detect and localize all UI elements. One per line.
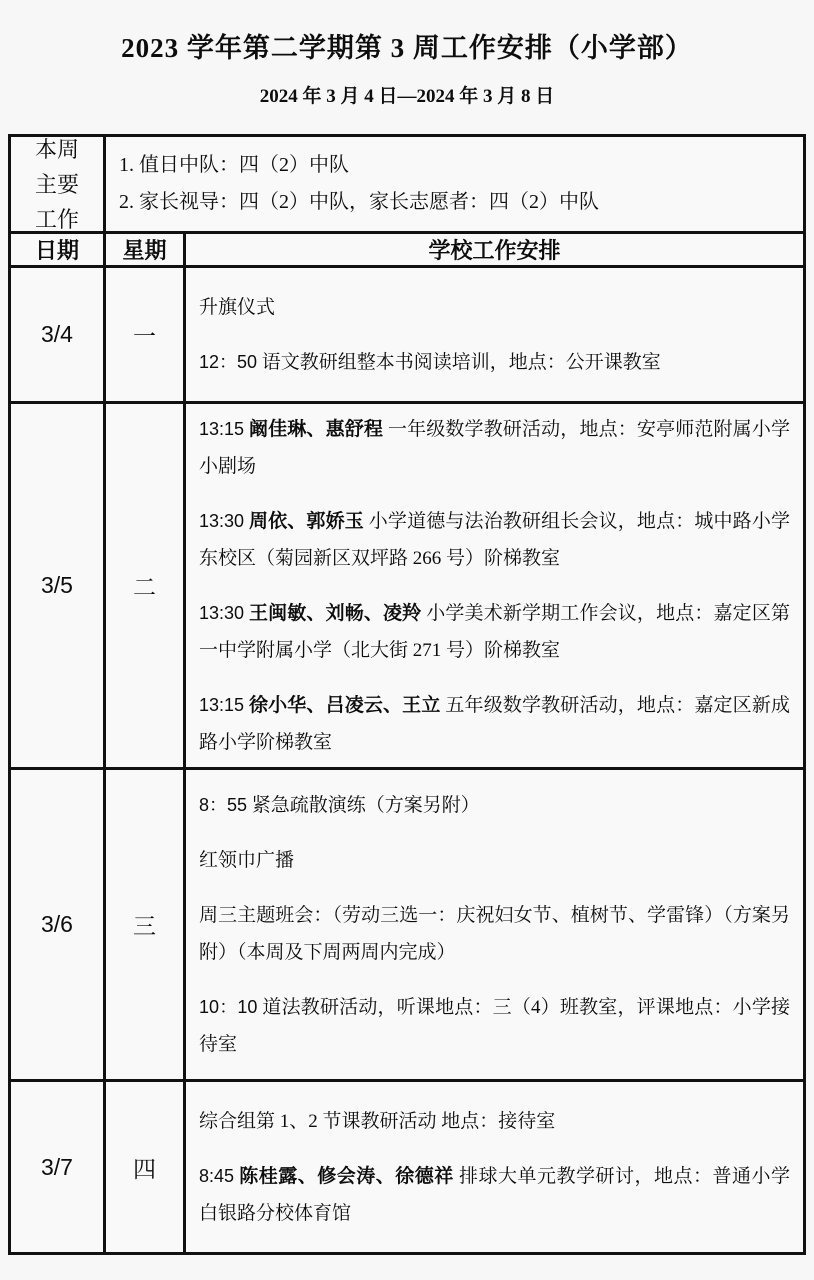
item-time: 12：50 <box>199 352 257 372</box>
item-names: 陈桂露、修会涛、徐德祥 <box>239 1166 453 1187</box>
content-cell: 13:15 阚佳琳、惠舒程 一年级数学教研活动，地点：安亭师范附属小学小剧场 1… <box>186 404 803 767</box>
item-time: 13:30 <box>199 603 244 623</box>
summary-row: 本周主要工作 1. 值日中队：四（2）中队 2. 家长视导：四（2）中队，家长志… <box>11 137 803 234</box>
item-names: 周依、郭娇玉 <box>249 511 364 532</box>
item-time: 8:45 <box>199 1166 234 1186</box>
item-text: 道法教研活动，听课地点：三（4）班教室，评课地点：小学接待室 <box>199 997 790 1055</box>
col-header-arrangement: 学校工作安排 <box>186 234 803 265</box>
date-cell: 3/5 <box>11 404 106 767</box>
schedule-item: 12：50 语文教研组整本书阅读培训，地点：公开课教室 <box>199 344 790 381</box>
item-time: 13:15 <box>199 695 244 715</box>
item-text: 语文教研组整本书阅读培训，地点：公开课教室 <box>262 352 661 373</box>
summary-label: 本周主要工作 <box>11 137 106 231</box>
schedule-item: 13:15 阚佳琳、惠舒程 一年级数学教研活动，地点：安亭师范附属小学小剧场 <box>199 411 790 485</box>
schedule-item: 8：55 紧急疏散演练（方案另附） <box>199 787 790 824</box>
schedule-item: 8:45 陈桂露、修会涛、徐德祥 排球大单元教学研讨，地点：普通小学白银路分校体… <box>199 1158 790 1232</box>
date-cell: 3/4 <box>11 268 106 401</box>
item-time: 13:15 <box>199 419 244 439</box>
item-text: 综合组第 1、2 节课教研活动 地点：接待室 <box>199 1111 555 1132</box>
item-names: 阚佳琳、惠舒程 <box>249 419 383 440</box>
date-range: 2024 年 3 月 4 日—2024 年 3 月 8 日 <box>0 81 814 108</box>
col-header-date: 日期 <box>11 234 106 265</box>
date-cell: 3/7 <box>11 1082 106 1252</box>
table-row: 3/7 四 综合组第 1、2 节课教研活动 地点：接待室 8:45 陈桂露、修会… <box>11 1082 803 1252</box>
item-names: 王闽敏、刘畅、凌羚 <box>249 603 421 624</box>
table-row: 3/6 三 8：55 紧急疏散演练（方案另附） 红领巾广播 周三主题班会：（劳动… <box>11 770 803 1082</box>
item-text: 周三主题班会：（劳动三选一：庆祝妇女节、植树节、学雷锋）（方案另附）（本周及下周… <box>199 905 790 963</box>
summary-content: 1. 值日中队：四（2）中队 2. 家长视导：四（2）中队，家长志愿者：四（2）… <box>106 137 803 231</box>
table-row: 3/5 二 13:15 阚佳琳、惠舒程 一年级数学教研活动，地点：安亭师范附属小… <box>11 404 803 770</box>
schedule-item: 升旗仪式 <box>199 289 790 326</box>
schedule-item: 红领巾广播 <box>199 842 790 879</box>
weekday-cell: 二 <box>106 404 186 767</box>
item-time: 10：10 <box>199 997 257 1017</box>
schedule-item: 13:30 周依、郭娇玉 小学道德与法治教研组长会议，地点：城中路小学东校区（菊… <box>199 503 790 577</box>
content-cell: 综合组第 1、2 节课教研活动 地点：接待室 8:45 陈桂露、修会涛、徐德祥 … <box>186 1082 803 1252</box>
summary-item: 1. 值日中队：四（2）中队 <box>119 147 790 184</box>
page-title: 2023 学年第二学期第 3 周工作安排（小学部） <box>0 0 814 65</box>
schedule-item: 13:30 王闽敏、刘畅、凌羚 小学美术新学期工作会议，地点：嘉定区第一中学附属… <box>199 595 790 669</box>
item-text: 紧急疏散演练（方案另附） <box>252 795 480 816</box>
schedule-item: 10：10 道法教研活动，听课地点：三（4）班教室，评课地点：小学接待室 <box>199 989 790 1063</box>
schedule-table: 本周主要工作 1. 值日中队：四（2）中队 2. 家长视导：四（2）中队，家长志… <box>8 134 806 1255</box>
item-names: 徐小华、吕凌云、王立 <box>249 695 441 716</box>
summary-item: 2. 家长视导：四（2）中队，家长志愿者：四（2）中队 <box>119 184 790 221</box>
item-time: 8：55 <box>199 795 247 815</box>
item-time: 13:30 <box>199 511 244 531</box>
col-header-weekday: 星期 <box>106 234 186 265</box>
weekday-cell: 三 <box>106 770 186 1079</box>
schedule-item: 13:15 徐小华、吕凌云、王立 五年级数学教研活动，地点：嘉定区新成路小学阶梯… <box>199 687 790 761</box>
item-text: 红领巾广播 <box>199 850 294 871</box>
content-cell: 升旗仪式 12：50 语文教研组整本书阅读培训，地点：公开课教室 <box>186 268 803 401</box>
weekday-cell: 一 <box>106 268 186 401</box>
table-row: 3/4 一 升旗仪式 12：50 语文教研组整本书阅读培训，地点：公开课教室 <box>11 268 803 404</box>
content-cell: 8：55 紧急疏散演练（方案另附） 红领巾广播 周三主题班会：（劳动三选一：庆祝… <box>186 770 803 1079</box>
table-header-row: 日期 星期 学校工作安排 <box>11 234 803 268</box>
weekday-cell: 四 <box>106 1082 186 1252</box>
schedule-item: 周三主题班会：（劳动三选一：庆祝妇女节、植树节、学雷锋）（方案另附）（本周及下周… <box>199 897 790 971</box>
schedule-item: 综合组第 1、2 节课教研活动 地点：接待室 <box>199 1103 790 1140</box>
item-text: 升旗仪式 <box>199 297 275 318</box>
date-cell: 3/6 <box>11 770 106 1079</box>
